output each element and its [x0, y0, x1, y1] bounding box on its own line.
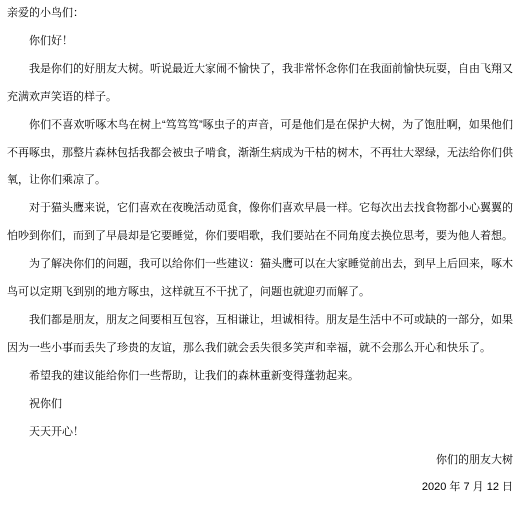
letter-paragraph-intro: 我是你们的好朋友大树。听说最近大家闹不愉快了，我非常怀念你们在我面前愉快玩耍，自… [7, 56, 513, 112]
letter-paragraph-woodpecker: 你们不喜欢听啄木鸟在树上“笃笃笃”啄虫子的声音，可是他们是在保护大树，为了饱肚啊… [7, 112, 513, 196]
letter-paragraph-owl: 对于猫头鹰来说，它们喜欢在夜晚活动觅食，像你们喜欢早晨一样。它每次出去找食物都小… [7, 195, 513, 251]
letter-date: 2020 年 7 月 12 日 [7, 474, 513, 502]
letter-salutation: 亲爱的小鸟们： [7, 0, 513, 28]
letter-closing-greeting: 天天开心！ [7, 419, 513, 447]
letter-paragraph-hope: 希望我的建议能给你们一些帮助，让我们的森林重新变得蓬勃起来。 [7, 363, 513, 391]
letter-closing-wish: 祝你们 [7, 391, 513, 419]
letter-paragraph-friendship: 我们都是朋友，朋友之间要相互包容，互相谦让，坦诚相待。朋友是生活中不可或缺的一部… [7, 307, 513, 363]
letter-document: 亲爱的小鸟们： 你们好！ 我是你们的好朋友大树。听说最近大家闹不愉快了，我非常怀… [0, 0, 522, 527]
letter-paragraph-greeting: 你们好！ [7, 28, 513, 56]
letter-paragraph-suggestion: 为了解决你们的问题，我可以给你们一些建议：猫头鹰可以在大家睡觉前出去，到早上后回… [7, 251, 513, 307]
letter-signature: 你们的朋友大树 [7, 447, 513, 475]
